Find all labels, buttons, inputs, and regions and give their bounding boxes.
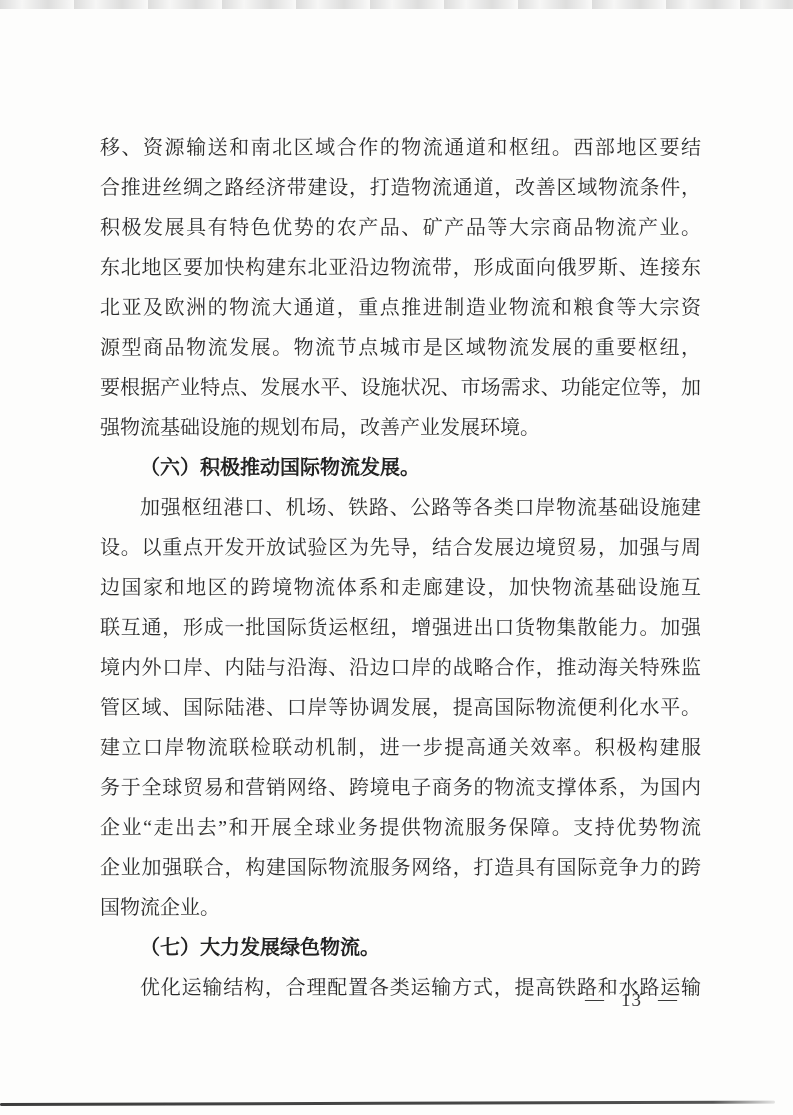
text-line: 设。以重点开发开放试验区为先导，结合发展边境贸易，加强与周 (100, 528, 701, 568)
text-line: 境内外口岸、内陆与沿海、沿边口岸的战略合作，推动海关特殊监 (100, 648, 701, 688)
text-line: 北亚及欧洲的物流大通道，重点推进制造业物流和粮食等大宗资 (100, 288, 701, 328)
scan-artifact-bottom-line (0, 1101, 775, 1106)
text-line: 东北地区要加快构建东北亚沿边物流带，形成面向俄罗斯、连接东 (100, 248, 701, 288)
text-line: 合推进丝绸之路经济带建设，打造物流通道，改善区域物流条件， (100, 168, 701, 208)
text-line: 企业“走出去”和开展全球业务提供物流服务保障。支持优势物流 (100, 808, 701, 848)
scan-artifact-top-edge (0, 0, 793, 9)
text-line: 国物流企业。 (100, 888, 701, 928)
text-line: 强物流基础设施的规划布局，改善产业发展环境。 (100, 408, 701, 448)
footer-dash-left: — (585, 989, 605, 1011)
document-body: 移、资源输送和南北区域合作的物流通道和枢纽。西部地区要结 合推进丝绸之路经济带建… (100, 128, 701, 1008)
paragraph-regional-logistics: 移、资源输送和南北区域合作的物流通道和枢纽。西部地区要结 合推进丝绸之路经济带建… (100, 128, 701, 448)
scanned-document-page: 移、资源输送和南北区域合作的物流通道和枢纽。西部地区要结 合推进丝绸之路经济带建… (0, 0, 793, 1115)
section-heading-7-green-logistics: （七）大力发展绿色物流。 (100, 928, 701, 968)
text-line: 联互通，形成一批国际货运枢纽，增强进出口货物集散能力。加强 (100, 608, 701, 648)
text-line: 移、资源输送和南北区域合作的物流通道和枢纽。西部地区要结 (100, 128, 701, 168)
text-line: 管区域、国际陆港、口岸等协调发展，提高国际物流便利化水平。 (100, 688, 701, 728)
footer-dash-right: — (658, 989, 678, 1011)
text-line: 源型商品物流发展。物流节点城市是区域物流发展的重要枢纽， (100, 328, 701, 368)
text-line: 边国家和地区的跨境物流体系和走廊建设，加快物流基础设施互 (100, 568, 701, 608)
text-line: 务于全球贸易和营销网络、跨境电子商务的物流支撑体系，为国内 (100, 768, 701, 808)
text-line: 企业加强联合，构建国际物流服务网络，打造具有国际竞争力的跨 (100, 848, 701, 888)
text-line: 要根据产业特点、发展水平、设施状况、市场需求、功能定位等，加 (100, 368, 701, 408)
page-number-footer: — 13 — (585, 990, 678, 1012)
text-line: 积极发展具有特色优势的农产品、矿产品等大宗商品物流产业。 (100, 208, 701, 248)
text-line: 建立口岸物流联检联动机制，进一步提高通关效率。积极构建服 (100, 728, 701, 768)
section-heading-6-international-logistics: （六）积极推动国际物流发展。 (100, 448, 701, 488)
page-number: 13 (621, 990, 642, 1012)
text-line: 加强枢纽港口、机场、铁路、公路等各类口岸物流基础设施建 (100, 488, 701, 528)
paragraph-international-logistics: 加强枢纽港口、机场、铁路、公路等各类口岸物流基础设施建 设。以重点开发开放试验区… (100, 488, 701, 928)
